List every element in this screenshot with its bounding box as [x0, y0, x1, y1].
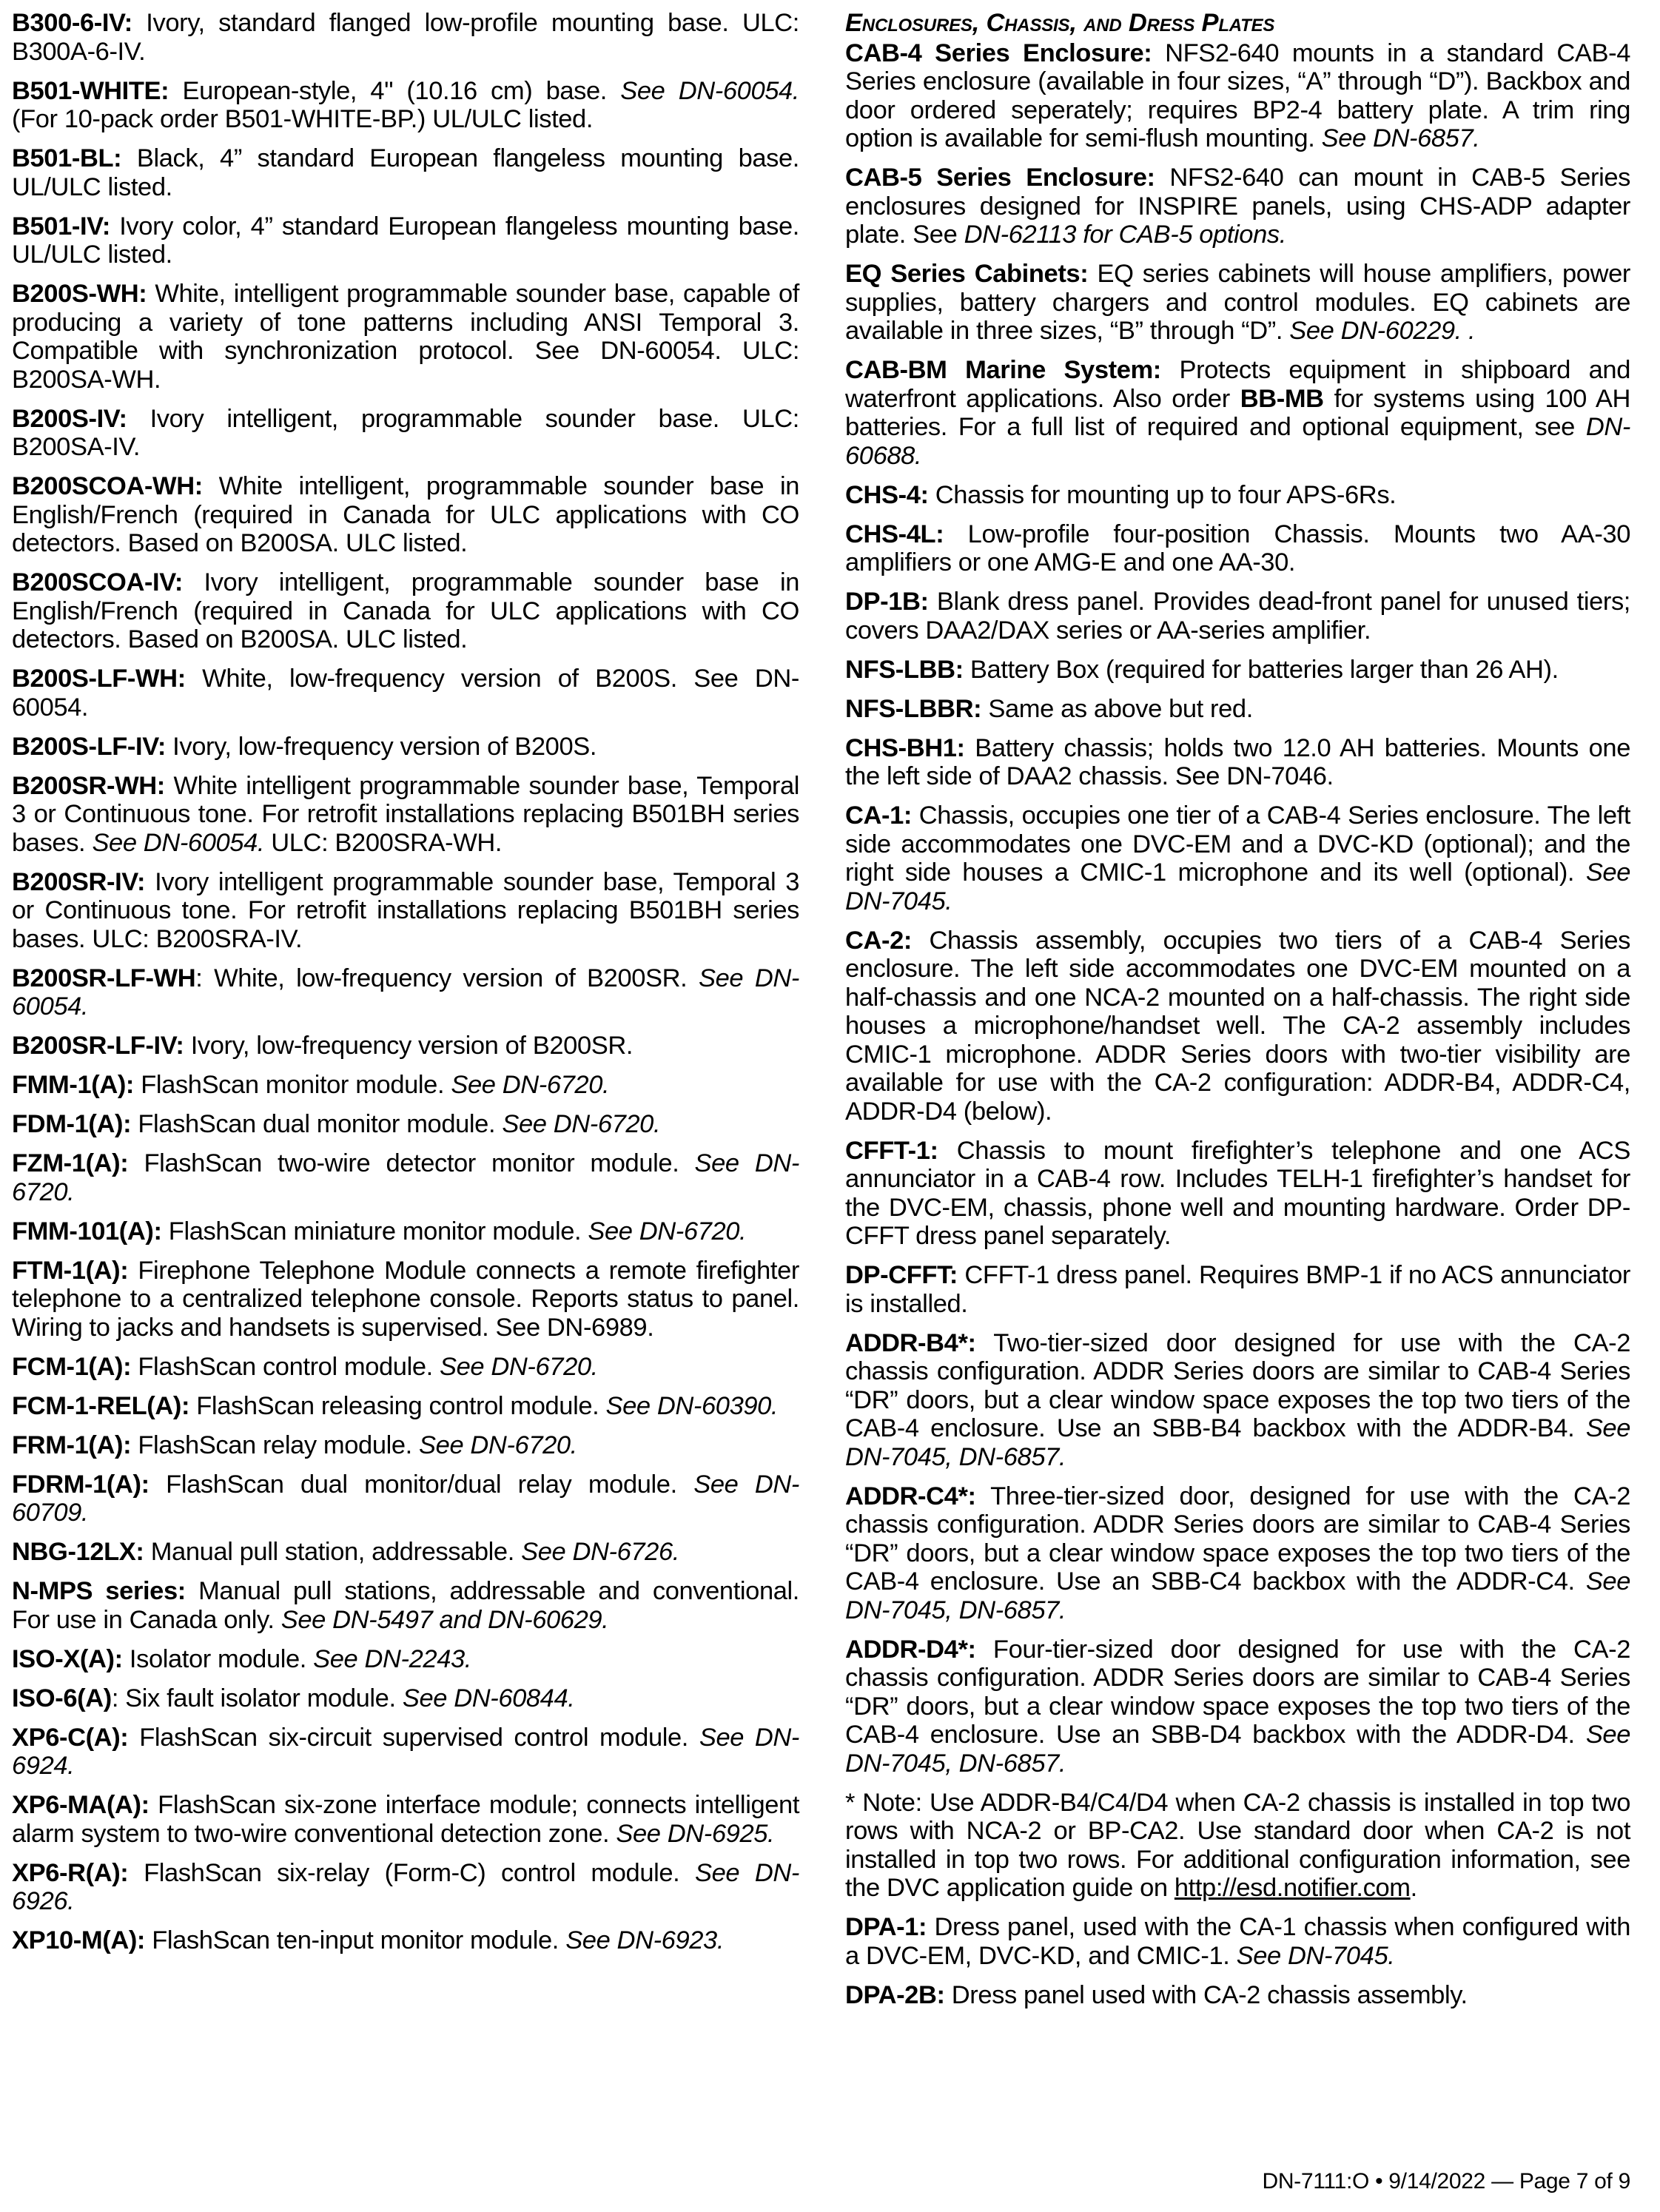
catalog-entry: CHS-4: Chassis for mounting up to four A… — [845, 481, 1630, 510]
description-text: Chassis, occupies one tier of a CAB-4 Se… — [845, 801, 1630, 887]
part-number: B300-6-IV: — [12, 9, 132, 37]
catalog-entry: ADDR-D4*: Four-tier-sized door designed … — [845, 1636, 1630, 1778]
reference-text: See DN-6720. — [588, 1217, 746, 1245]
part-number: B200SCOA-IV: — [12, 568, 183, 596]
catalog-entry: B501-BL: Black, 4” standard European fla… — [12, 144, 799, 201]
part-number: FRM-1(A): — [12, 1431, 131, 1459]
catalog-entry: * Note: Use ADDR-B4/C4/D4 when CA-2 chas… — [845, 1789, 1630, 1903]
catalog-entry: FCM-1(A): FlashScan control module. See … — [12, 1353, 799, 1382]
catalog-entry: B200SR-IV: Ivory intelligent programmabl… — [12, 868, 799, 954]
catalog-entry: CA-2: Chassis assembly, occupies two tie… — [845, 927, 1630, 1126]
part-number: FMM-1(A): — [12, 1071, 134, 1099]
catalog-entry: B200S-LF-IV: Ivory, low-frequency versio… — [12, 733, 799, 762]
catalog-entry: NBG-12LX: Manual pull station, addressab… — [12, 1538, 799, 1567]
reference-text: See DN-6925. — [616, 1820, 774, 1848]
catalog-entry: FCM-1-REL(A): FlashScan releasing contro… — [12, 1392, 799, 1421]
part-number: EQ Series Cabinets: — [845, 260, 1088, 288]
part-number: ADDR-B4*: — [845, 1329, 976, 1357]
part-number: XP6-MA(A): — [12, 1791, 149, 1819]
part-number: B200SCOA-WH: — [12, 472, 203, 500]
description-text: Ivory color, 4” standard European flange… — [12, 212, 799, 269]
part-number: B501-IV: — [12, 212, 110, 241]
section-heading-enclosures: Enclosures, Chassis, and Dress Plates — [845, 9, 1630, 38]
catalog-entry: B200SR-WH: White intelligent programmabl… — [12, 772, 799, 858]
part-number: FCM-1-REL(A): — [12, 1392, 189, 1420]
description-text: Chassis for mounting up to four APS-6Rs. — [929, 481, 1397, 509]
part-number: CA-1: — [845, 801, 912, 830]
reference-text: See DN-6857. — [1322, 124, 1480, 152]
catalog-entry: B200SR-LF-IV: Ivory, low-frequency versi… — [12, 1032, 799, 1060]
description-text: FlashScan releasing control module. — [189, 1392, 605, 1420]
part-number: FDM-1(A): — [12, 1110, 131, 1138]
description-text: FlashScan six-circuit supervised control… — [128, 1724, 699, 1752]
catalog-entry: CHS-4L: Low-profile four-position Chassi… — [845, 520, 1630, 577]
part-number: DPA-2B: — [845, 1981, 945, 2009]
catalog-entry: DPA-1: Dress panel, used with the CA-1 c… — [845, 1913, 1630, 1970]
catalog-entry: B300-6-IV: Ivory, standard flanged low-p… — [12, 9, 799, 66]
catalog-entry: NFS-LBB: Battery Box (required for batte… — [845, 656, 1630, 685]
reference-text: See DN-6923. — [565, 1926, 724, 1954]
reference-text: See DN-6720. — [451, 1071, 609, 1099]
part-number: ADDR-D4*: — [845, 1636, 976, 1664]
description-text: FlashScan two-wire detector monitor modu… — [128, 1149, 694, 1177]
part-number: CAB-5 Series Enclosure: — [845, 164, 1155, 192]
catalog-entry: FDRM-1(A): FlashScan dual monitor/dual r… — [12, 1470, 799, 1527]
description-text: Same as above but red. — [981, 695, 1253, 723]
description-text: FlashScan monitor module. — [134, 1071, 451, 1099]
part-number: B200S-WH: — [12, 280, 147, 308]
part-number: FDRM-1(A): — [12, 1470, 149, 1499]
catalog-entry: CAB-4 Series Enclosure: NFS2-640 mounts … — [845, 39, 1630, 153]
part-number: NFS-LBB: — [845, 656, 964, 684]
reference-text: DN-62113 for CAB-5 options. — [964, 221, 1286, 249]
description-text: Black, 4” standard European flangeless m… — [12, 144, 799, 201]
description-text: ULC: B200SRA-WH. — [264, 829, 502, 857]
catalog-entry: ADDR-B4*: Two-tier-sized door designed f… — [845, 1329, 1630, 1472]
part-number: B200SR-LF-WH — [12, 964, 195, 992]
catalog-entry: XP6-R(A): FlashScan six-relay (Form-C) c… — [12, 1859, 799, 1916]
description-text: FlashScan dual monitor module. — [131, 1110, 502, 1138]
description-text: FlashScan ten-input monitor module. — [145, 1926, 565, 1954]
description-text: Battery Box (required for batteries larg… — [964, 656, 1559, 684]
description-text: : Six fault isolator module. — [112, 1684, 403, 1712]
description-text: FlashScan dual monitor/dual relay module… — [149, 1470, 694, 1499]
catalog-entry: N-MPS series: Manual pull stations, addr… — [12, 1577, 799, 1634]
reference-text: See DN-6720. — [419, 1431, 577, 1459]
part-number: ISO-X(A): — [12, 1645, 123, 1673]
part-number: CA-2: — [845, 927, 912, 955]
part-number: DP-CFFT: — [845, 1261, 958, 1289]
catalog-entry: FDM-1(A): FlashScan dual monitor module.… — [12, 1110, 799, 1139]
catalog-entry: B501-IV: Ivory color, 4” standard Europe… — [12, 212, 799, 269]
catalog-entry: NFS-LBBR: Same as above but red. — [845, 695, 1630, 724]
catalog-entry: XP6-MA(A): FlashScan six-zone interface … — [12, 1791, 799, 1848]
description-text: Chassis to mount firefighter’s telephone… — [845, 1137, 1630, 1251]
catalog-entry: CA-1: Chassis, occupies one tier of a CA… — [845, 801, 1630, 915]
description-text: FlashScan miniature monitor module. — [162, 1217, 588, 1245]
part-number: CAB-BM Marine System: — [845, 356, 1161, 384]
description-text: FlashScan relay module. — [131, 1431, 419, 1459]
catalog-entry: FRM-1(A): FlashScan relay module. See DN… — [12, 1431, 799, 1460]
part-number: B200S-LF-WH: — [12, 665, 186, 693]
catalog-entry: FTM-1(A): Firephone Telephone Module con… — [12, 1257, 799, 1342]
description-text: Firephone Telephone Module connects a re… — [12, 1257, 799, 1342]
description-text: FlashScan control module. — [131, 1353, 440, 1381]
description-text: CFFT-1 dress panel. Requires BMP-1 if no… — [845, 1261, 1630, 1318]
part-number: CHS-BH1: — [845, 734, 965, 762]
description-text: Ivory, low-frequency version of B200S. — [166, 733, 597, 761]
reference-text: See DN-6720. — [440, 1353, 598, 1381]
part-number: NBG-12LX: — [12, 1538, 144, 1566]
part-number: CHS-4L: — [845, 520, 944, 548]
reference-text: See DN-7045. — [1237, 1942, 1395, 1970]
part-number: B501-WHITE: — [12, 77, 169, 105]
reference-text: See DN-60229. . — [1289, 317, 1475, 345]
part-number: FZM-1(A): — [12, 1149, 128, 1177]
reference-text: See DN-60054. — [92, 829, 264, 857]
description-text: Low-profile four-position Chassis. Mount… — [845, 520, 1630, 577]
catalog-entry: B200S-WH: White, intelligent programmabl… — [12, 280, 799, 394]
part-number: B200S-IV: — [12, 405, 127, 433]
catalog-entry: B501-WHITE: European-style, 4" (10.16 cm… — [12, 77, 799, 134]
reference-text: See DN-5497 and DN-60629. — [281, 1606, 609, 1634]
description-text: . — [1411, 1874, 1417, 1902]
part-number: CHS-4: — [845, 481, 929, 509]
catalog-entry: XP6-C(A): FlashScan six-circuit supervis… — [12, 1724, 799, 1781]
catalog-entry: ADDR-C4*: Three-tier-sized door, designe… — [845, 1482, 1630, 1625]
description-text: FlashScan six-relay (Form-C) control mod… — [128, 1859, 695, 1887]
part-number: NFS-LBBR: — [845, 695, 981, 723]
catalog-entry: B200SCOA-WH: White intelligent, programm… — [12, 472, 799, 558]
catalog-entry: FMM-101(A): FlashScan miniature monitor … — [12, 1217, 799, 1246]
part-number: XP6-C(A): — [12, 1724, 128, 1752]
catalog-entry: CAB-5 Series Enclosure: NFS2-640 can mou… — [845, 164, 1630, 249]
part-number: FCM-1(A): — [12, 1353, 131, 1381]
description-text: Blank dress panel. Provides dead-front p… — [845, 588, 1630, 645]
description-text: Chassis assembly, occupies two tiers of … — [845, 927, 1630, 1126]
description-text: Isolator module. — [123, 1645, 313, 1673]
part-number: B501-BL: — [12, 144, 121, 172]
catalog-entry: DP-1B: Blank dress panel. Provides dead-… — [845, 588, 1630, 645]
part-number: DP-1B: — [845, 588, 929, 616]
catalog-entry: B200SCOA-IV: Ivory intelligent, programm… — [12, 568, 799, 654]
left-column: B300-6-IV: Ivory, standard flanged low-p… — [12, 9, 799, 1966]
part-number: ADDR-C4*: — [845, 1482, 976, 1510]
catalog-entry: FZM-1(A): FlashScan two-wire detector mo… — [12, 1149, 799, 1206]
catalog-entry: ISO-6(A): Six fault isolator module. See… — [12, 1684, 799, 1713]
description-text: Ivory, low-frequency version of B200SR. — [184, 1032, 634, 1060]
url-link[interactable]: http://esd.notifier.com — [1175, 1874, 1411, 1902]
description-text: Dress panel used with CA-2 chassis assem… — [945, 1981, 1468, 2009]
part-number: B200SR-WH: — [12, 772, 165, 800]
catalog-entry: ISO-X(A): Isolator module. See DN-2243. — [12, 1645, 799, 1674]
catalog-entry: CFFT-1: Chassis to mount firefighter’s t… — [845, 1137, 1630, 1251]
right-column: Enclosures, Chassis, and Dress Plates CA… — [845, 9, 1630, 2020]
part-number: CFFT-1: — [845, 1137, 938, 1165]
catalog-entry: XP10-M(A): FlashScan ten-input monitor m… — [12, 1926, 799, 1955]
part-number: ISO-6(A) — [12, 1684, 112, 1712]
part-number: XP6-R(A): — [12, 1859, 128, 1887]
part-number-inline: BB-MB — [1240, 385, 1324, 413]
part-number: XP10-M(A): — [12, 1926, 145, 1954]
catalog-entry: DP-CFFT: CFFT-1 dress panel. Requires BM… — [845, 1261, 1630, 1318]
catalog-entry: B200SR-LF-WH: White, low-frequency versi… — [12, 964, 799, 1021]
reference-text: See DN-60054. — [620, 77, 799, 105]
description-text: Ivory intelligent, programmable sounder … — [12, 405, 799, 462]
part-number: B200SR-LF-IV: — [12, 1032, 184, 1060]
description-text: (For 10-pack order B501-WHITE-BP.) UL/UL… — [12, 105, 593, 133]
catalog-entry: EQ Series Cabinets: EQ series cabinets w… — [845, 260, 1630, 346]
reference-text: See DN-6726. — [521, 1538, 679, 1566]
catalog-entry: B200S-LF-WH: White, low-frequency versio… — [12, 665, 799, 722]
part-number: B200SR-IV: — [12, 868, 145, 896]
reference-text: See DN-6720. — [502, 1110, 660, 1138]
part-number: FMM-101(A): — [12, 1217, 162, 1245]
catalog-entry: CAB-BM Marine System: Protects equipment… — [845, 356, 1630, 470]
page-footer: DN-7111:O • 9/14/2022 — Page 7 of 9 — [1262, 2168, 1630, 2195]
part-number: N-MPS series: — [12, 1577, 186, 1605]
part-number: CAB-4 Series Enclosure: — [845, 39, 1152, 67]
part-number: FTM-1(A): — [12, 1257, 128, 1285]
description-text: : White, low-frequency version of B200SR… — [195, 964, 699, 992]
description-text: Manual pull station, addressable. — [144, 1538, 522, 1566]
part-number: DPA-1: — [845, 1913, 927, 1941]
catalog-entry: DPA-2B: Dress panel used with CA-2 chass… — [845, 1981, 1630, 2010]
reference-text: See DN-60390. — [606, 1392, 779, 1420]
catalog-entry: B200S-IV: Ivory intelligent, programmabl… — [12, 405, 799, 462]
catalog-entry: CHS-BH1: Battery chassis; holds two 12.0… — [845, 734, 1630, 791]
description-text: European-style, 4" (10.16 cm) base. — [169, 77, 620, 105]
part-number: B200S-LF-IV: — [12, 733, 166, 761]
reference-text: See DN-60844. — [403, 1684, 575, 1712]
catalog-entry: FMM-1(A): FlashScan monitor module. See … — [12, 1071, 799, 1100]
reference-text: See DN-2243. — [313, 1645, 471, 1673]
